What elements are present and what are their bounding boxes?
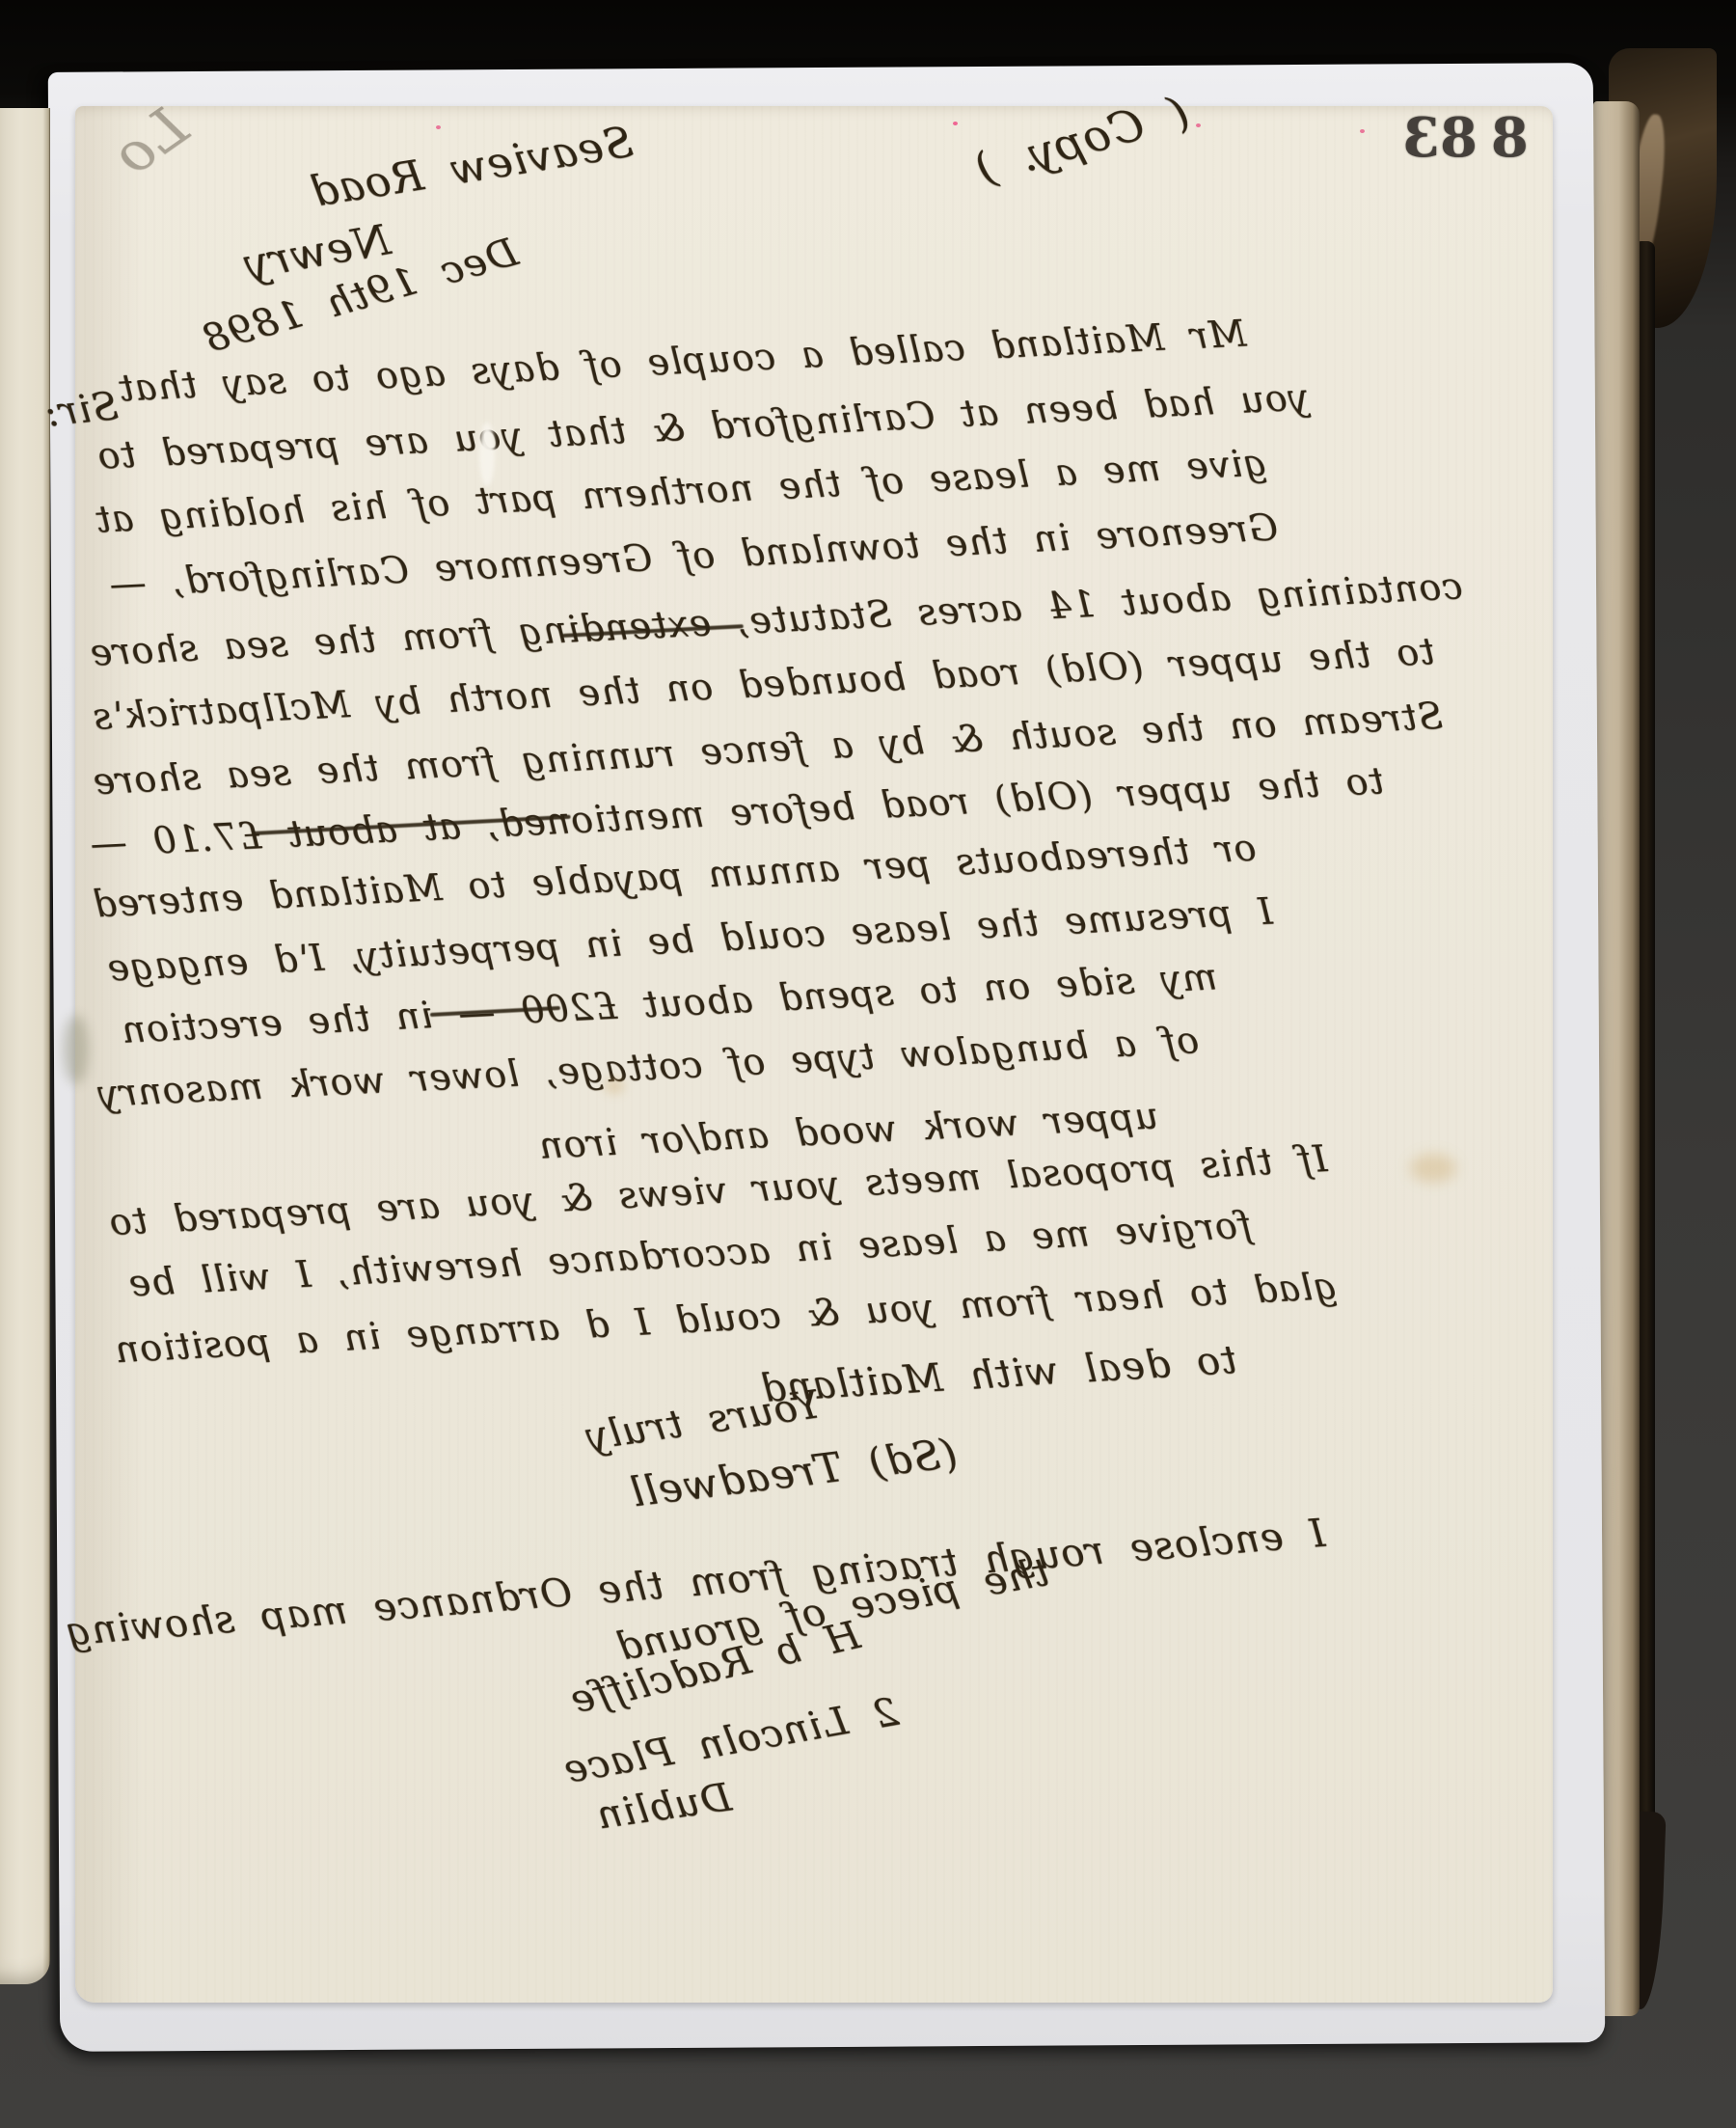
- facing-page-edge: [0, 108, 50, 1984]
- paper-stain: [1410, 1154, 1456, 1183]
- page-number-digit-mirrored: 3: [1389, 106, 1440, 170]
- pink-ink-speck: [953, 122, 958, 125]
- handwriting-line: Sir:: [42, 384, 121, 436]
- paper-stain: [479, 423, 495, 486]
- page-number-stamp: 388: [1389, 106, 1542, 170]
- pink-ink-speck: [1360, 129, 1365, 133]
- handwriting-line: Lo: [101, 94, 199, 189]
- handwriting-line: Seaview Road: [307, 118, 637, 217]
- page-number-digits: 88: [1440, 106, 1542, 170]
- handwriting-line: Dublin: [593, 1775, 734, 1838]
- paper-stain: [64, 1015, 89, 1084]
- handwriting-line: to deal with Maitland: [759, 1338, 1238, 1411]
- handwriting-line: Yours truly: [583, 1382, 823, 1460]
- photograph-of-letterbook-page: 388 ( Copy. )Seaview RoadNewryDec 19th 1…: [0, 0, 1736, 2128]
- manuscript-page: 388 ( Copy. )Seaview RoadNewryDec 19th 1…: [75, 106, 1553, 2003]
- paper-stain: [604, 1078, 625, 1094]
- pink-ink-speck: [436, 125, 441, 129]
- pink-ink-speck: [1196, 123, 1201, 127]
